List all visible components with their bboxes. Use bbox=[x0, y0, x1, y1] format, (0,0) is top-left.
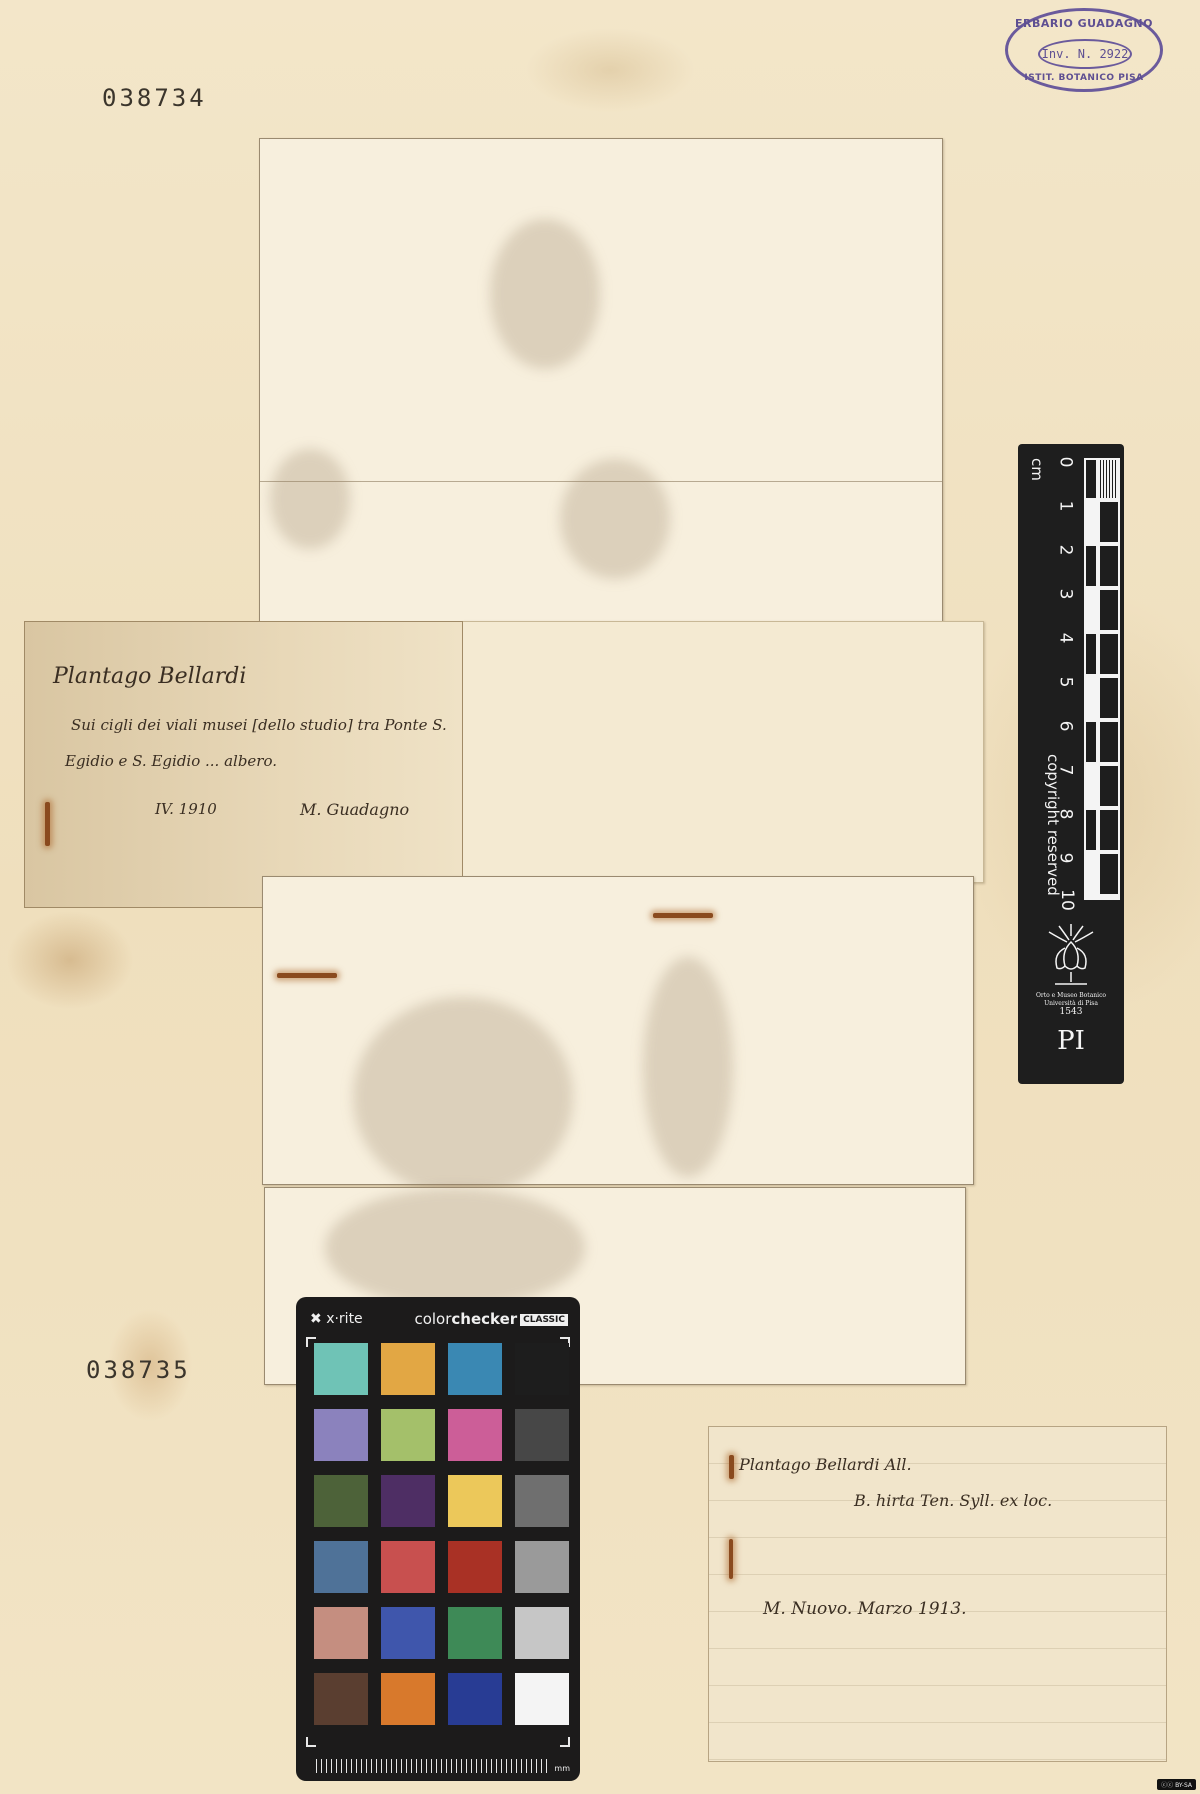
fritillaria-logo-icon bbox=[1018, 922, 1124, 990]
color-patch-4 bbox=[515, 1343, 569, 1395]
color-patch-24 bbox=[515, 1673, 569, 1725]
color-patch-20 bbox=[515, 1607, 569, 1659]
revision-label: Plantago Bellardi All. B. hirta Ten. Syl… bbox=[708, 1426, 1167, 1762]
xrite-brand: ✖ x·rite bbox=[310, 1311, 363, 1327]
color-patch-3 bbox=[448, 1343, 502, 1395]
specimen-stain bbox=[490, 219, 600, 369]
stamp-bottom-text: ISTIT. BOTANICO PISA bbox=[1008, 73, 1160, 83]
specimen-stain bbox=[353, 997, 573, 1197]
specimen-packet-lower bbox=[262, 876, 974, 1185]
color-patch-7 bbox=[448, 1409, 502, 1461]
specimen-stain bbox=[560, 459, 670, 579]
color-patch-11 bbox=[448, 1475, 502, 1527]
accession-number-bottom: 038735 bbox=[86, 1356, 191, 1384]
color-patch-13 bbox=[314, 1541, 368, 1593]
scale-tick-5: 5 bbox=[1055, 677, 1075, 688]
title-bold: checker bbox=[451, 1310, 517, 1328]
label-locality-line2: Egidio e S. Egidio ... albero. bbox=[65, 752, 277, 770]
revision-locality-date: M. Nuovo. Marzo 1913. bbox=[763, 1599, 967, 1619]
specimen-stain bbox=[270, 449, 350, 549]
xrite-brand-text: x·rite bbox=[326, 1311, 362, 1327]
color-patch-6 bbox=[381, 1409, 435, 1461]
label-date: IV. 1910 bbox=[155, 800, 217, 818]
colorchecker-title: colorcheckerCLASSIC bbox=[414, 1310, 568, 1328]
label-collector-signature: M. Guadagno bbox=[300, 800, 409, 819]
color-patch-5 bbox=[314, 1409, 368, 1461]
institution-line1: Orto e Museo Botanico bbox=[1018, 992, 1124, 1000]
title-light: color bbox=[414, 1310, 451, 1328]
scale-unit-label: cm bbox=[1028, 458, 1046, 481]
xrite-logo-icon: ✖ bbox=[310, 1311, 322, 1327]
color-patch-21 bbox=[314, 1673, 368, 1725]
color-patch-14 bbox=[381, 1541, 435, 1593]
revision-synonym: B. hirta Ten. Syll. ex loc. bbox=[854, 1491, 1052, 1510]
color-patch-10 bbox=[381, 1475, 435, 1527]
scale-bar-coarse bbox=[1098, 458, 1120, 900]
herbarium-code: PI bbox=[1018, 1026, 1124, 1056]
stamp-inventory-number: Inv. N. 2922 bbox=[1038, 39, 1132, 69]
specimen-packet-upper bbox=[259, 138, 943, 626]
label-locality-line1: Sui cigli dei viali musei [dello studio]… bbox=[71, 716, 447, 734]
cc-icon: ⓒⓒ bbox=[1161, 1782, 1173, 1789]
color-patch-12 bbox=[515, 1475, 569, 1527]
color-patch-18 bbox=[381, 1607, 435, 1659]
scale-tick-0: 0 bbox=[1055, 457, 1075, 468]
specimen-stain bbox=[643, 957, 733, 1177]
stamp-top-text: ERBARIO GUADAGNO bbox=[1008, 17, 1160, 30]
scale-tick-4: 4 bbox=[1055, 633, 1075, 644]
color-patch-8 bbox=[515, 1409, 569, 1461]
rusted-pin bbox=[277, 973, 337, 978]
color-patch-23 bbox=[448, 1673, 502, 1725]
color-patch-17 bbox=[314, 1607, 368, 1659]
original-label: Plantago Bellardi Sui cigli dei viali mu… bbox=[24, 621, 463, 908]
scale-tick-2: 2 bbox=[1055, 545, 1075, 556]
rusted-pin bbox=[45, 802, 50, 846]
scale-tick-6: 6 bbox=[1055, 721, 1075, 732]
scale-tick-1: 1 bbox=[1055, 501, 1075, 512]
color-patch-grid bbox=[314, 1343, 569, 1725]
herbarium-stamp: ERBARIO GUADAGNO Inv. N. 2922 ISTIT. BOT… bbox=[1005, 8, 1163, 92]
color-patch-22 bbox=[381, 1673, 435, 1725]
color-checker-card: ✖ x·rite colorcheckerCLASSIC mm bbox=[296, 1297, 580, 1781]
color-patch-1 bbox=[314, 1343, 368, 1395]
revision-taxon-name: Plantago Bellardi All. bbox=[739, 1455, 912, 1474]
rusted-pin bbox=[653, 913, 713, 918]
scale-tick-3: 3 bbox=[1055, 589, 1075, 600]
institution-name: Orto e Museo Botanico Università di Pisa… bbox=[1018, 992, 1124, 1016]
color-patch-19 bbox=[448, 1607, 502, 1659]
mm-unit-label: mm bbox=[554, 1764, 570, 1773]
rusted-pin bbox=[729, 1455, 734, 1479]
institution-year: 1543 bbox=[1018, 1008, 1124, 1016]
cc-license-badge: ⓒⓒ BY-SA bbox=[1157, 1779, 1196, 1790]
rusted-pin bbox=[729, 1539, 733, 1579]
color-patch-9 bbox=[314, 1475, 368, 1527]
copyright-text: copyright reserved bbox=[1044, 754, 1062, 896]
color-patch-15 bbox=[448, 1541, 502, 1593]
accession-number-top: 038734 bbox=[102, 84, 207, 112]
cm-scale-bar: cm 0 1 2 3 4 5 6 7 8 9 10 copyright rese… bbox=[1018, 444, 1124, 1084]
specimen-backing bbox=[462, 621, 984, 883]
corner-mark bbox=[306, 1737, 316, 1747]
license-text: BY-SA bbox=[1175, 1782, 1192, 1789]
edition-badge: CLASSIC bbox=[520, 1314, 568, 1326]
mm-ruler bbox=[316, 1759, 550, 1773]
corner-mark bbox=[560, 1737, 570, 1747]
scale-bar-fine bbox=[1084, 458, 1098, 900]
label-taxon-name: Plantago Bellardi bbox=[53, 664, 246, 689]
color-patch-16 bbox=[515, 1541, 569, 1593]
specimen-stain bbox=[325, 1188, 585, 1308]
color-patch-2 bbox=[381, 1343, 435, 1395]
